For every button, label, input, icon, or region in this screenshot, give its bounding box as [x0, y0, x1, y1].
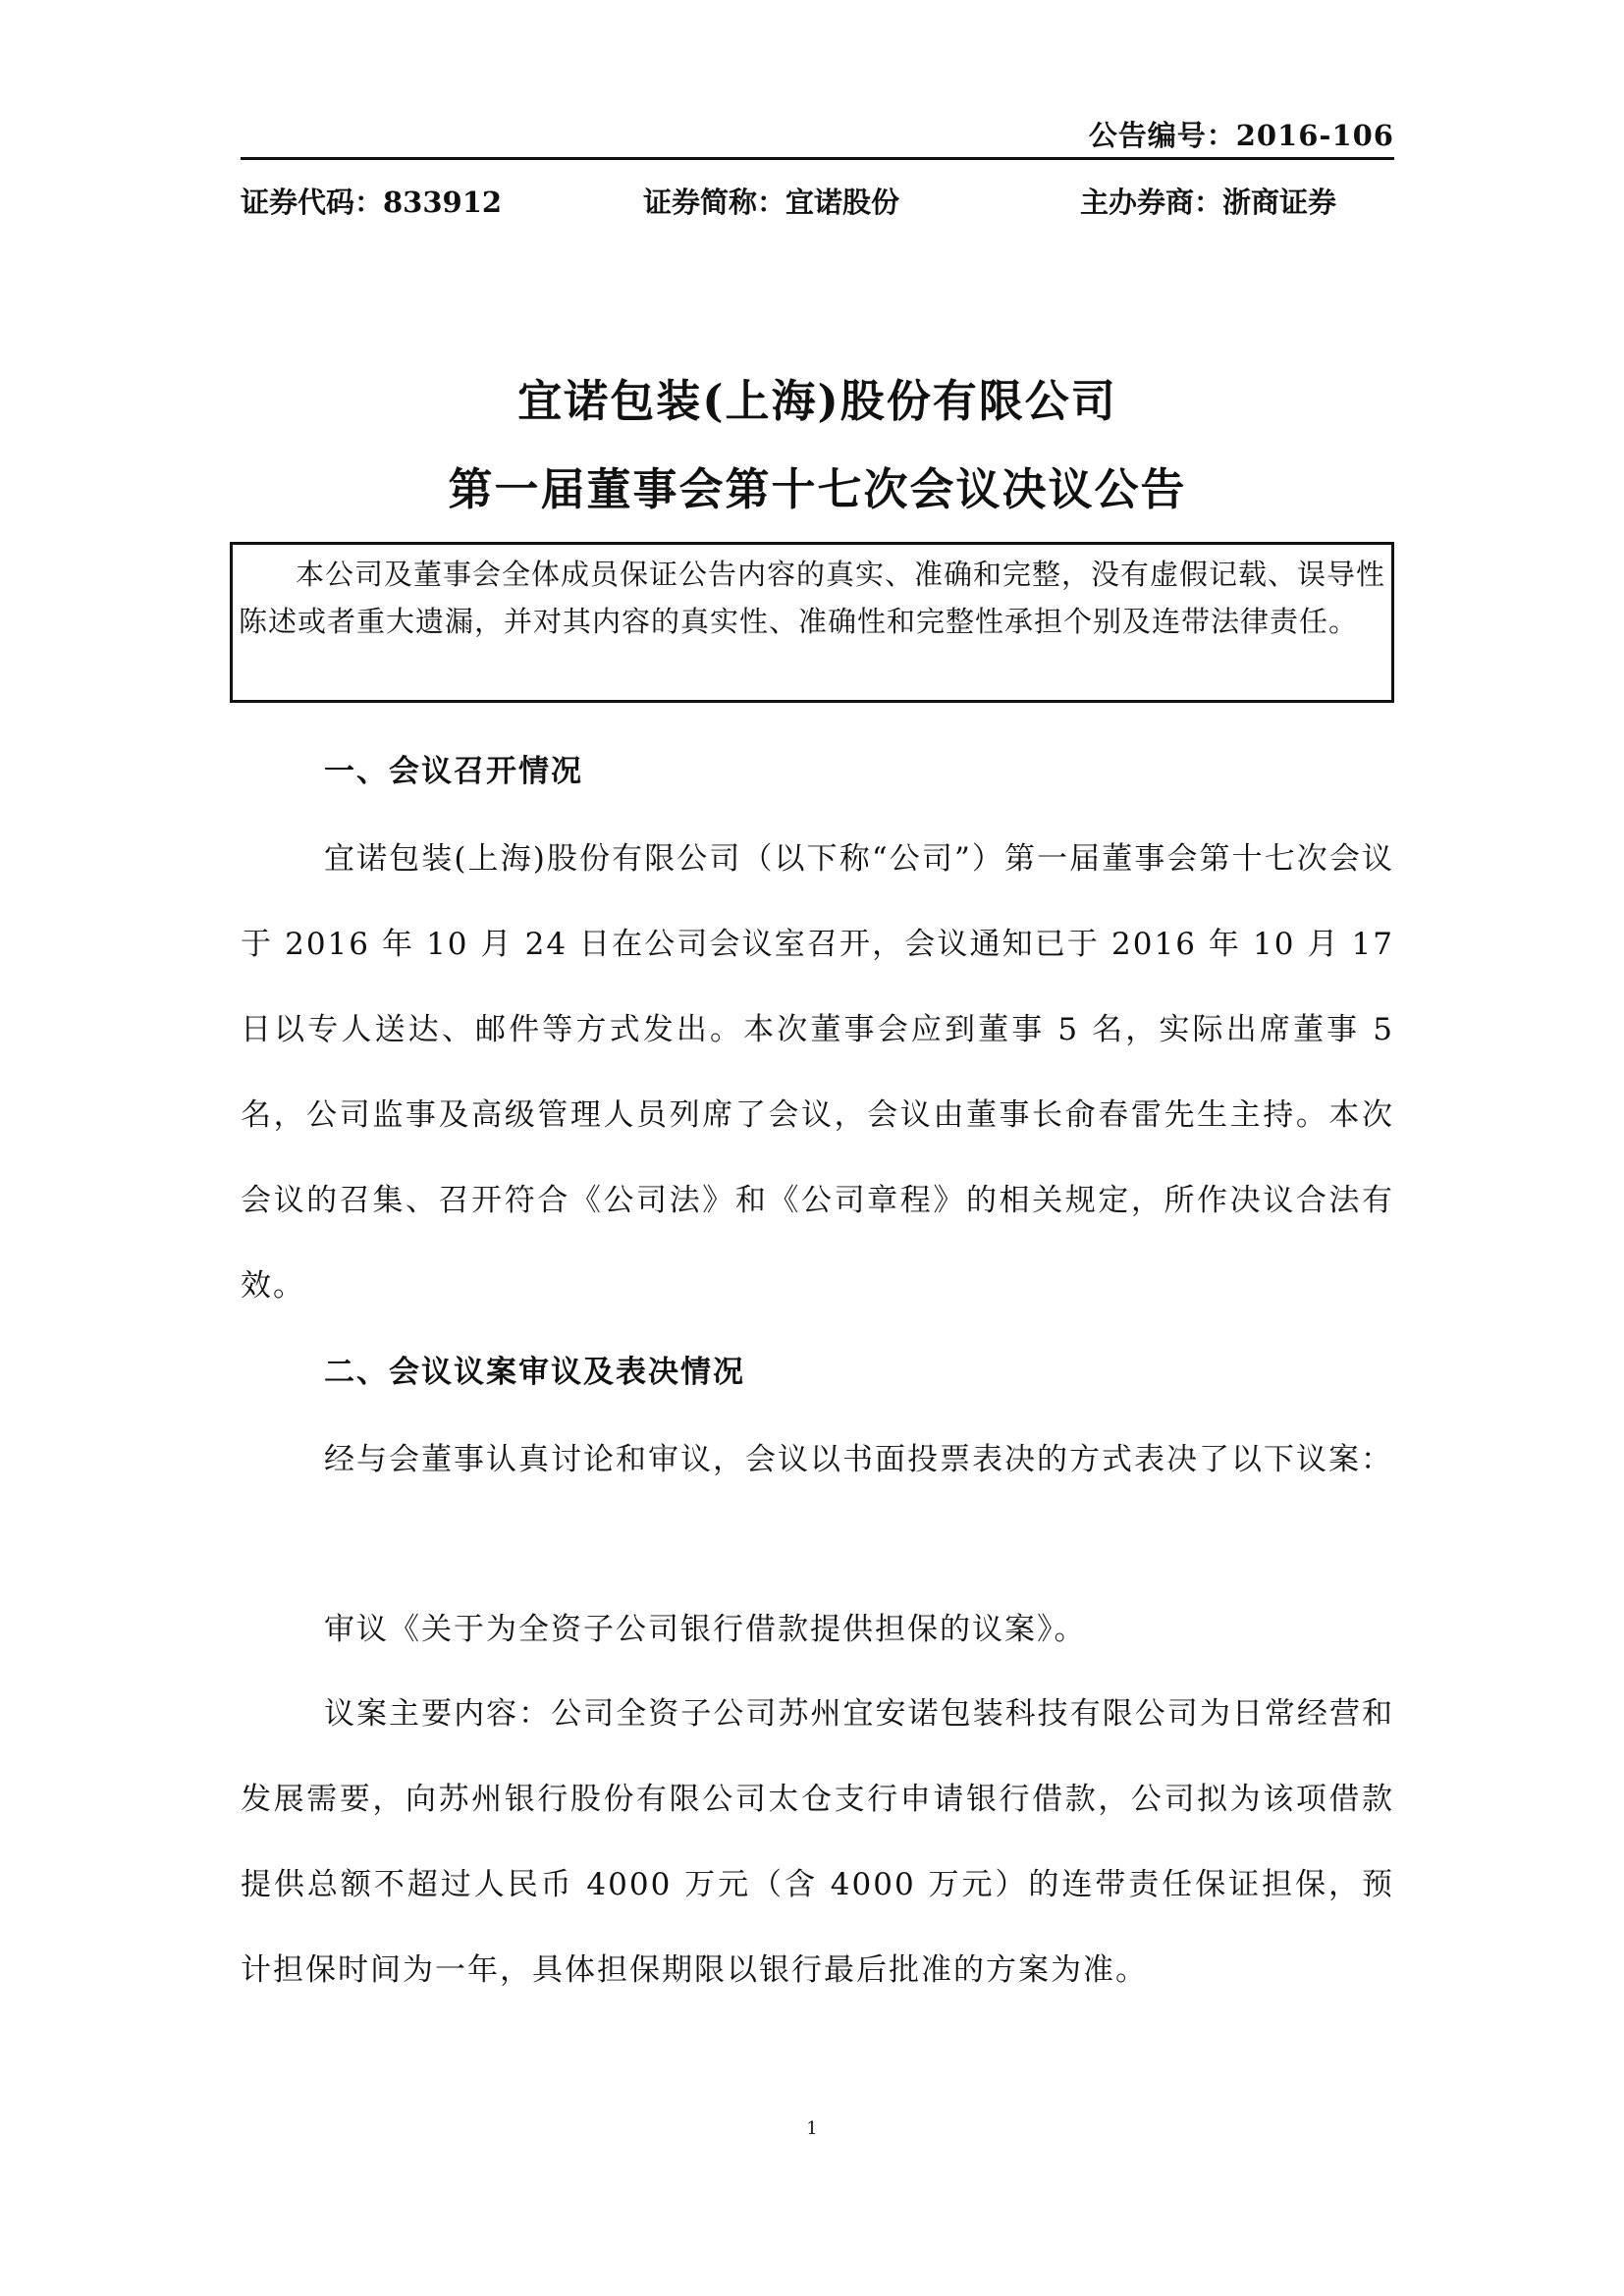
document-title-company: 宜诺包装(上海)股份有限公司: [241, 365, 1394, 429]
page-number: 1: [785, 2118, 839, 2139]
lead-sponsor: 主办券商：浙商证券: [1080, 181, 1336, 221]
paragraph-voting-intro: 经与会董事认真讨论和审议，会议以书面投票表决的方式表决了以下议案：: [241, 1417, 1394, 1503]
security-abbreviation: 证券简称：宜诺股份: [643, 181, 899, 221]
paragraph-meeting-details: 宜诺包装(上海)股份有限公司（以下称“公司”）第一届董事会第十七次会议于 201…: [241, 817, 1394, 1329]
document-title-meeting: 第一届董事会第十七次会议决议公告: [241, 454, 1394, 517]
section-heading-meeting-convening: 一、会议召开情况: [324, 746, 583, 790]
announcement-number: 公告编号：2016-106: [923, 114, 1394, 154]
paragraph-motion-title: 审议《关于为全资子公司银行借款提供担保的议案》。: [241, 1587, 1394, 1673]
section-heading-resolutions: 二、会议议案审议及表决情况: [324, 1347, 745, 1391]
disclaimer-box: 本公司及董事会全体成员保证公告内容的真实、准确和完整，没有虚假记载、误导性陈述或…: [230, 542, 1394, 703]
header-divider: [241, 157, 1394, 160]
paragraph-motion-content: 议案主要内容：公司全资子公司苏州宜安诺包装科技有限公司为日常经营和发展需要，向苏…: [241, 1672, 1394, 2013]
security-code: 证券代码：833912: [241, 181, 502, 221]
